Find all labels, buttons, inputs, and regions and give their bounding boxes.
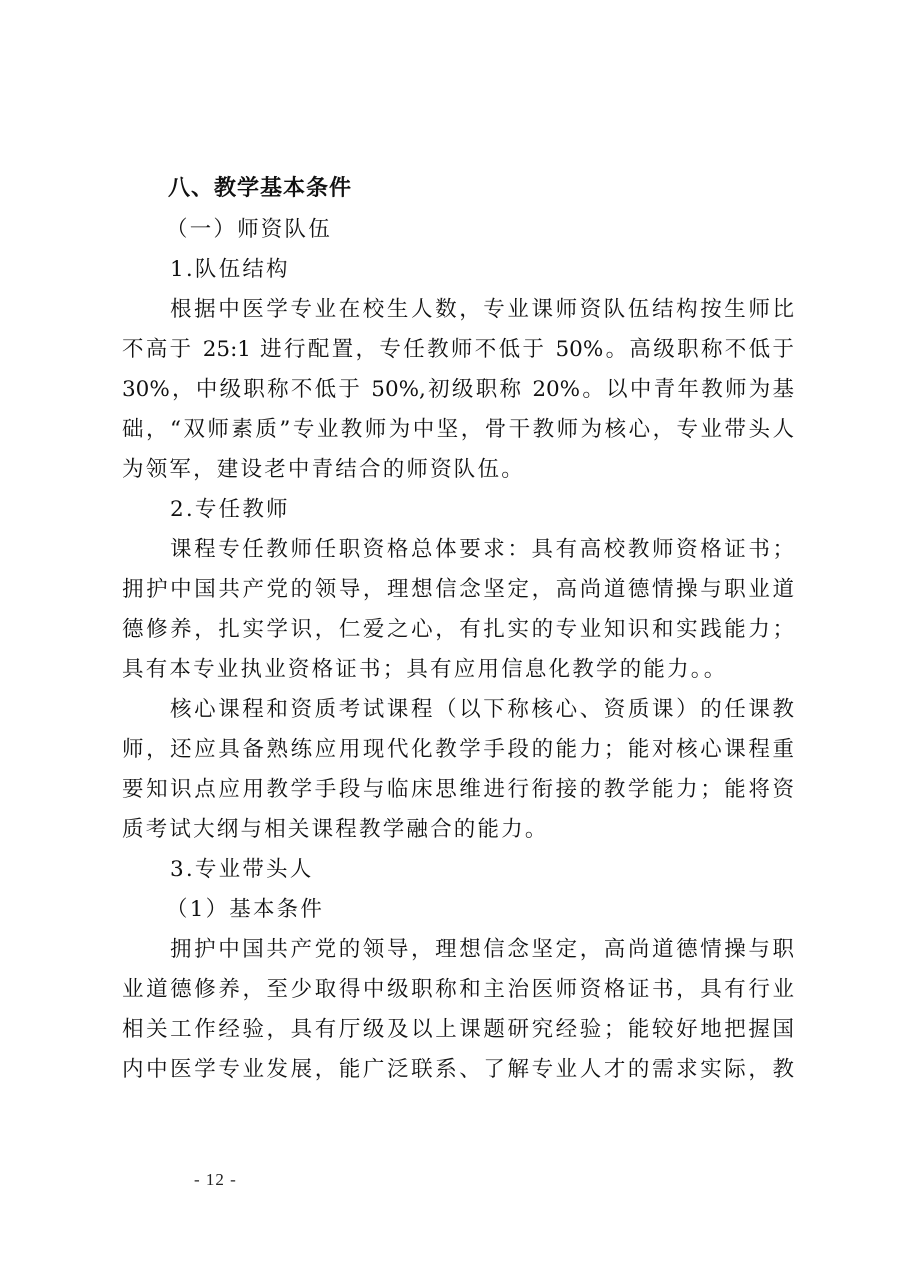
- paragraph-text: 业道德修养，至少取得中级职称和主治医师资格证书，具有行业: [122, 970, 794, 1010]
- paragraph-text: 相关工作经验，具有厅级及以上课题研究经验；能较好地把握国: [122, 1010, 794, 1050]
- paragraph-text: 拥护中国共产党的领导，理想信念坚定，高尚道德情操与职业道: [122, 570, 794, 610]
- paragraph-line: 师，还应具备熟练应用现代化教学手段的能力；能对核心课程重: [122, 730, 794, 770]
- paragraph-text: 内中医学专业发展，能广泛联系、了解专业人才的需求实际，教: [122, 1050, 794, 1090]
- paragraph-line: 础，“双师素质”专业教师为中坚，骨干教师为核心，专业带头人: [122, 410, 794, 450]
- subitem-heading-basic-conditions: （1）基本条件: [122, 890, 794, 930]
- paragraph-line: 30%，中级职称不低于 50%,初级职称 20%。以中青年教师为基: [122, 370, 794, 410]
- item-heading-team-structure: 1.队伍结构: [122, 250, 794, 290]
- subsection-heading-faculty: （一）师资队伍: [122, 210, 794, 250]
- paragraph-text: 德修养，扎实学识，仁爱之心，有扎实的专业知识和实践能力；: [122, 610, 794, 650]
- item-heading-discipline-leader: 3.专业带头人: [122, 850, 794, 890]
- paragraph-line: 内中医学专业发展，能广泛联系、了解专业人才的需求实际，教: [122, 1050, 794, 1090]
- paragraph-text: 要知识点应用教学手段与临床思维进行衔接的教学能力；能将资: [122, 770, 794, 810]
- paragraph-line: 要知识点应用教学手段与临床思维进行衔接的教学能力；能将资: [122, 770, 794, 810]
- paragraph-text: 不高于 25:1 进行配置，专任教师不低于 50%。高级职称不低于: [122, 330, 794, 370]
- page-number: - 12 -: [194, 1170, 237, 1190]
- paragraph-text: 根据中医学专业在校生人数，专业课师资队伍结构按生师比: [170, 290, 794, 330]
- paragraph-line: 核心课程和资质考试课程（以下称核心、资质课）的任课教: [122, 690, 794, 730]
- document-page: 八、教学基本条件 （一）师资队伍 1.队伍结构 根据中医学专业在校生人数，专业课…: [0, 0, 904, 1280]
- page-content: 八、教学基本条件 （一）师资队伍 1.队伍结构 根据中医学专业在校生人数，专业课…: [122, 168, 794, 1090]
- paragraph-line: 课程专任教师任职资格总体要求：具有高校教师资格证书；: [122, 530, 794, 570]
- paragraph-text: 拥护中国共产党的领导，理想信念坚定，高尚道德情操与职: [170, 930, 794, 970]
- paragraph-text: 30%，中级职称不低于 50%,初级职称 20%。以中青年教师为基: [122, 370, 794, 410]
- paragraph-line-last: 为领军，建设老中青结合的师资队伍。: [122, 450, 794, 490]
- paragraph-line: 相关工作经验，具有厅级及以上课题研究经验；能较好地把握国: [122, 1010, 794, 1050]
- paragraph-line: 德修养，扎实学识，仁爱之心，有扎实的专业知识和实践能力；: [122, 610, 794, 650]
- paragraph-line: 拥护中国共产党的领导，理想信念坚定，高尚道德情操与职业道: [122, 570, 794, 610]
- paragraph-line: 拥护中国共产党的领导，理想信念坚定，高尚道德情操与职: [122, 930, 794, 970]
- paragraph-text: 础，“双师素质”专业教师为中坚，骨干教师为核心，专业带头人: [122, 410, 794, 450]
- paragraph-text: 课程专任教师任职资格总体要求：具有高校教师资格证书；: [170, 530, 794, 570]
- paragraph-line: 根据中医学专业在校生人数，专业课师资队伍结构按生师比: [122, 290, 794, 330]
- paragraph-line-last: 质考试大纲与相关课程教学融合的能力。: [122, 810, 794, 850]
- paragraph-text: 师，还应具备熟练应用现代化教学手段的能力；能对核心课程重: [122, 730, 794, 770]
- section-heading: 八、教学基本条件: [122, 168, 794, 210]
- paragraph-line: 不高于 25:1 进行配置，专任教师不低于 50%。高级职称不低于: [122, 330, 794, 370]
- paragraph-line-last: 具有本专业执业资格证书；具有应用信息化教学的能力。。: [122, 650, 794, 690]
- paragraph-text: 核心课程和资质考试课程（以下称核心、资质课）的任课教: [170, 690, 794, 730]
- item-heading-fulltime-teachers: 2.专任教师: [122, 490, 794, 530]
- paragraph-line: 业道德修养，至少取得中级职称和主治医师资格证书，具有行业: [122, 970, 794, 1010]
